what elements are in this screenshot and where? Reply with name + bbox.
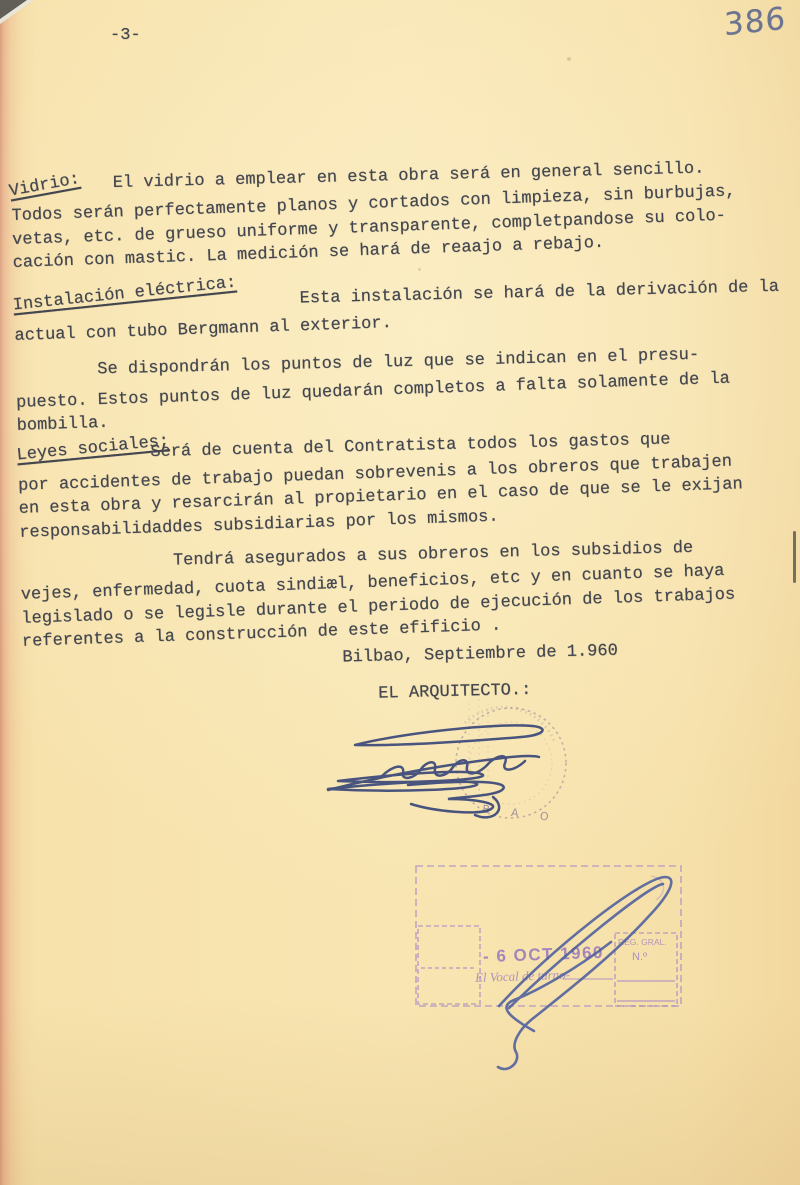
page-number: -3- [110, 26, 141, 45]
folio-number-handwritten: 386 [724, 1, 787, 44]
registry-date-stamp: REG. GRAL. N.º - 6 OCT 1960 El Vocal de … [413, 860, 690, 1085]
typewritten-body: Vidrio: El vidrio a emplear en esta obra… [10, 138, 800, 714]
paper-speck [567, 57, 571, 61]
architect-signature-area: B A O [293, 693, 605, 871]
scanned-document-page: { "page": { "page_number": "-3-", "folio… [0, 0, 800, 1185]
section-vidrio: Vidrio: El vidrio a emplear en esta obra… [11, 155, 791, 268]
scan-corner-tear [0, 0, 27, 19]
stamp-box-number-label: N.º [632, 951, 647, 963]
signature-scribble [328, 725, 543, 817]
section-leyes-sociales: Leyes sociales; Será de cuenta del Contr… [17, 425, 800, 647]
section-instalacion-electrica: Instalación eléctrica: Esta instalación … [13, 275, 794, 431]
